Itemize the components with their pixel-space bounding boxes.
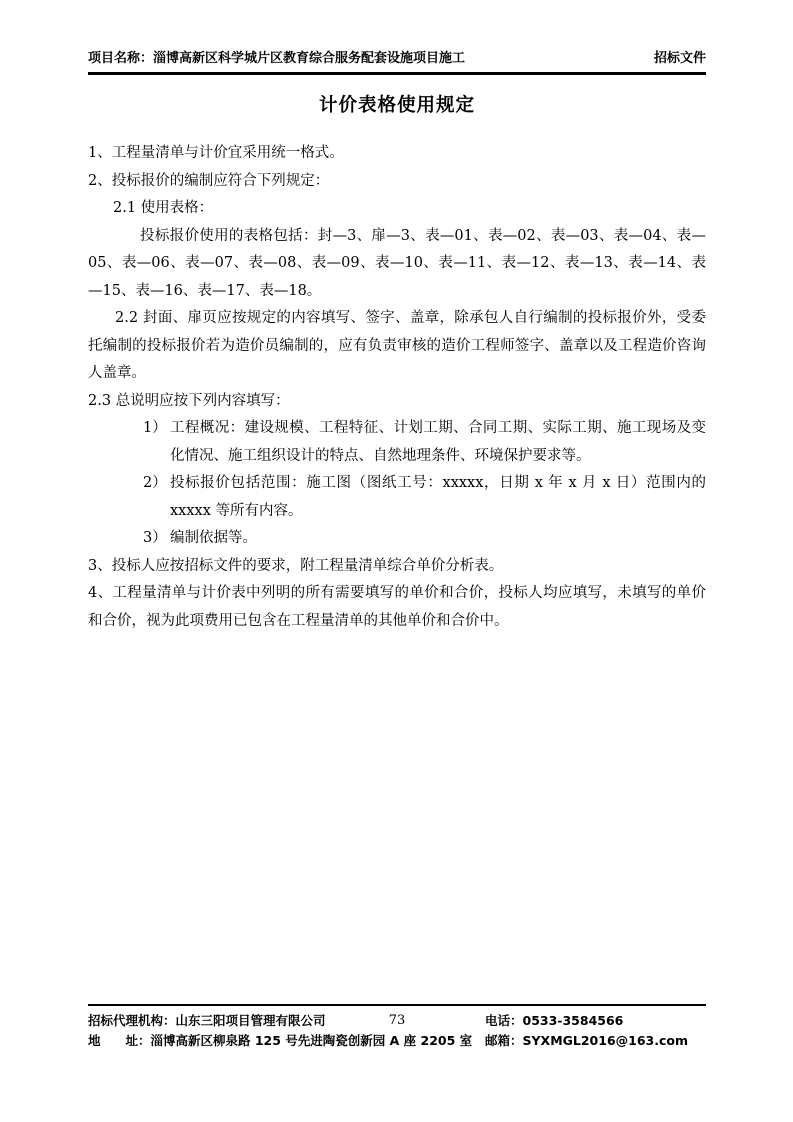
- list-item: 3） 编制依据等。: [88, 525, 706, 553]
- list-item-text: 工程概况：建设规模、工程特征、计划工期、合同工期、实际工期、施工现场及变化情况、…: [170, 420, 706, 464]
- paragraph-4: 4、工程量清单与计价表中列明的所有需要填写的单价和合价，投标人均应填写，未填写的…: [88, 580, 706, 635]
- paragraph-2: 2、投标报价的编制应符合下列规定：: [88, 168, 706, 196]
- footer-address: 地 址：淄博高新区柳泉路 125 号先进陶瓷创新园 A 座 2205 室: [88, 1031, 472, 1051]
- header-doc-type: 招标文件: [654, 50, 706, 68]
- footer-divider: [88, 1004, 706, 1006]
- paragraph-2-2: 2.2 封面、扉页应按规定的内容填写、签字、盖章，除承包人自行编制的投标报价外，…: [88, 305, 706, 388]
- paragraph-3: 3、投标人应按招标文件的要求，附工程量清单综合单价分析表。: [88, 553, 706, 581]
- list-item-text: 投标报价包括范围：施工图（图纸工号：xxxxx，日期 x 年 x 月 x 日）范…: [170, 475, 706, 519]
- paragraph-table-list: 投标报价使用的表格包括：封—3、扉—3、表—01、表—02、表—03、表—04、…: [88, 223, 706, 306]
- header-project-name: 项目名称：淄博高新区科学城片区教育综合服务配套设施项目施工: [88, 50, 465, 68]
- list-item: 1） 工程概况：建设规模、工程特征、计划工期、合同工期、实际工期、施工现场及变化…: [88, 415, 706, 470]
- page-header: 项目名称：淄博高新区科学城片区教育综合服务配套设施项目施工 招标文件: [88, 50, 706, 75]
- list-item-marker: 3）: [143, 525, 167, 553]
- document-body: 1、工程量清单与计价宜采用统一格式。 2、投标报价的编制应符合下列规定： 2.1…: [88, 140, 706, 635]
- list-item-text: 编制依据等。: [170, 530, 257, 546]
- paragraph-2-3: 2.3 总说明应按下列内容填写：: [88, 388, 706, 416]
- page-footer: 招标代理机构：山东三阳项目管理有限公司 73 电话：0533-3584566 地…: [88, 1004, 706, 1051]
- paragraph-1: 1、工程量清单与计价宜采用统一格式。: [88, 140, 706, 168]
- page-title: 计价表格使用规定: [88, 93, 706, 119]
- list-item-marker: 1）: [143, 415, 167, 443]
- footer-email: 邮箱：SYXMGL2016@163.com: [485, 1031, 688, 1051]
- list-item: 2） 投标报价包括范围：施工图（图纸工号：xxxxx，日期 x 年 x 月 x …: [88, 470, 706, 525]
- footer-phone: 电话：0533-3584566: [485, 1011, 623, 1031]
- document-page: 项目名称：淄博高新区科学城片区教育综合服务配套设施项目施工 招标文件 计价表格使…: [0, 0, 793, 1122]
- list-item-marker: 2）: [143, 470, 167, 498]
- header-divider: [88, 72, 706, 75]
- paragraph-2-1: 2.1 使用表格：: [88, 195, 706, 223]
